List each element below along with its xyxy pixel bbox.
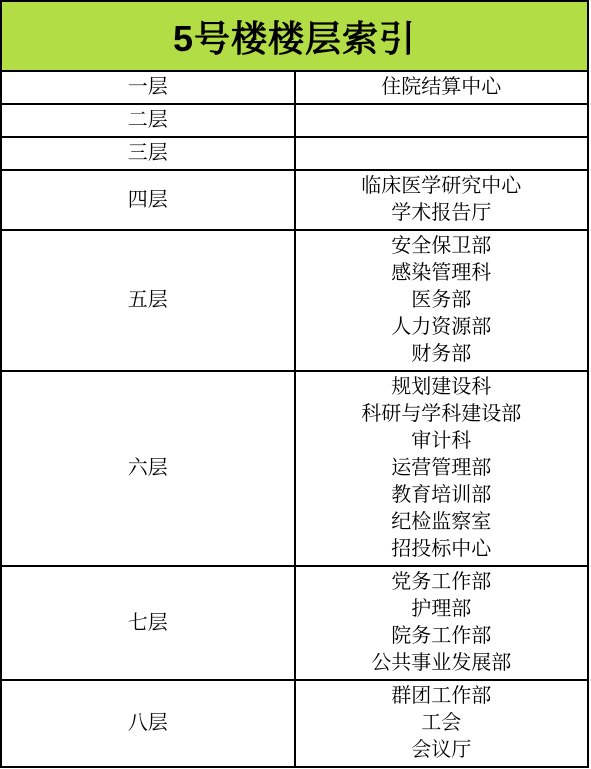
department-name: 学术报告厅 bbox=[300, 200, 584, 227]
department-name: 住院结算中心 bbox=[300, 74, 584, 101]
department-name: 审计科 bbox=[300, 428, 584, 455]
floor-index-table: 5号楼楼层索引 一层住院结算中心二层三层四层临床医学研究中心学术报告厅五层安全保… bbox=[0, 0, 589, 768]
department-name: 工会 bbox=[300, 710, 584, 737]
department-name: 人力资源部 bbox=[300, 314, 584, 341]
departments-cell: 住院结算中心 bbox=[295, 71, 589, 104]
floor-table-body: 一层住院结算中心二层三层四层临床医学研究中心学术报告厅五层安全保卫部感染管理科医… bbox=[1, 71, 588, 767]
table-row: 五层安全保卫部感染管理科医务部人力资源部财务部 bbox=[1, 230, 588, 371]
department-name: 安全保卫部 bbox=[300, 233, 584, 260]
table-row: 七层党务工作部护理部院务工作部公共事业发展部 bbox=[1, 566, 588, 680]
departments-cell: 规划建设科科研与学科建设部审计科运营管理部教育培训部纪检监察室招投标中心 bbox=[295, 371, 589, 566]
floor-label: 一层 bbox=[1, 71, 295, 104]
department-name: 党务工作部 bbox=[300, 569, 584, 596]
floor-label: 三层 bbox=[1, 137, 295, 170]
floor-label: 七层 bbox=[1, 566, 295, 680]
department-name: 规划建设科 bbox=[300, 374, 584, 401]
department-name: 临床医学研究中心 bbox=[300, 173, 584, 200]
table-row: 二层 bbox=[1, 104, 588, 137]
departments-cell bbox=[295, 104, 589, 137]
table-row: 四层临床医学研究中心学术报告厅 bbox=[1, 170, 588, 230]
floor-label: 八层 bbox=[1, 680, 295, 767]
department-name: 纪检监察室 bbox=[300, 509, 584, 536]
department-name: 感染管理科 bbox=[300, 260, 584, 287]
departments-cell: 党务工作部护理部院务工作部公共事业发展部 bbox=[295, 566, 589, 680]
department-name: 护理部 bbox=[300, 596, 584, 623]
title-row: 5号楼楼层索引 bbox=[1, 1, 588, 71]
department-name: 院务工作部 bbox=[300, 623, 584, 650]
page-title: 5号楼楼层索引 bbox=[1, 1, 588, 71]
department-name: 群团工作部 bbox=[300, 683, 584, 710]
floor-directory-sign: 5号楼楼层索引 一层住院结算中心二层三层四层临床医学研究中心学术报告厅五层安全保… bbox=[0, 0, 591, 769]
floor-label: 二层 bbox=[1, 104, 295, 137]
table-row: 八层群团工作部工会会议厅 bbox=[1, 680, 588, 767]
department-name: 医务部 bbox=[300, 287, 584, 314]
department-name: 招投标中心 bbox=[300, 536, 584, 563]
departments-cell: 安全保卫部感染管理科医务部人力资源部财务部 bbox=[295, 230, 589, 371]
floor-label: 六层 bbox=[1, 371, 295, 566]
table-row: 六层规划建设科科研与学科建设部审计科运营管理部教育培训部纪检监察室招投标中心 bbox=[1, 371, 588, 566]
department-name: 运营管理部 bbox=[300, 455, 584, 482]
table-row: 三层 bbox=[1, 137, 588, 170]
department-name: 公共事业发展部 bbox=[300, 650, 584, 677]
departments-cell: 临床医学研究中心学术报告厅 bbox=[295, 170, 589, 230]
department-name: 财务部 bbox=[300, 341, 584, 368]
department-name: 科研与学科建设部 bbox=[300, 401, 584, 428]
table-row: 一层住院结算中心 bbox=[1, 71, 588, 104]
departments-cell bbox=[295, 137, 589, 170]
floor-label: 四层 bbox=[1, 170, 295, 230]
floor-label: 五层 bbox=[1, 230, 295, 371]
departments-cell: 群团工作部工会会议厅 bbox=[295, 680, 589, 767]
department-name: 会议厅 bbox=[300, 737, 584, 764]
department-name: 教育培训部 bbox=[300, 482, 584, 509]
